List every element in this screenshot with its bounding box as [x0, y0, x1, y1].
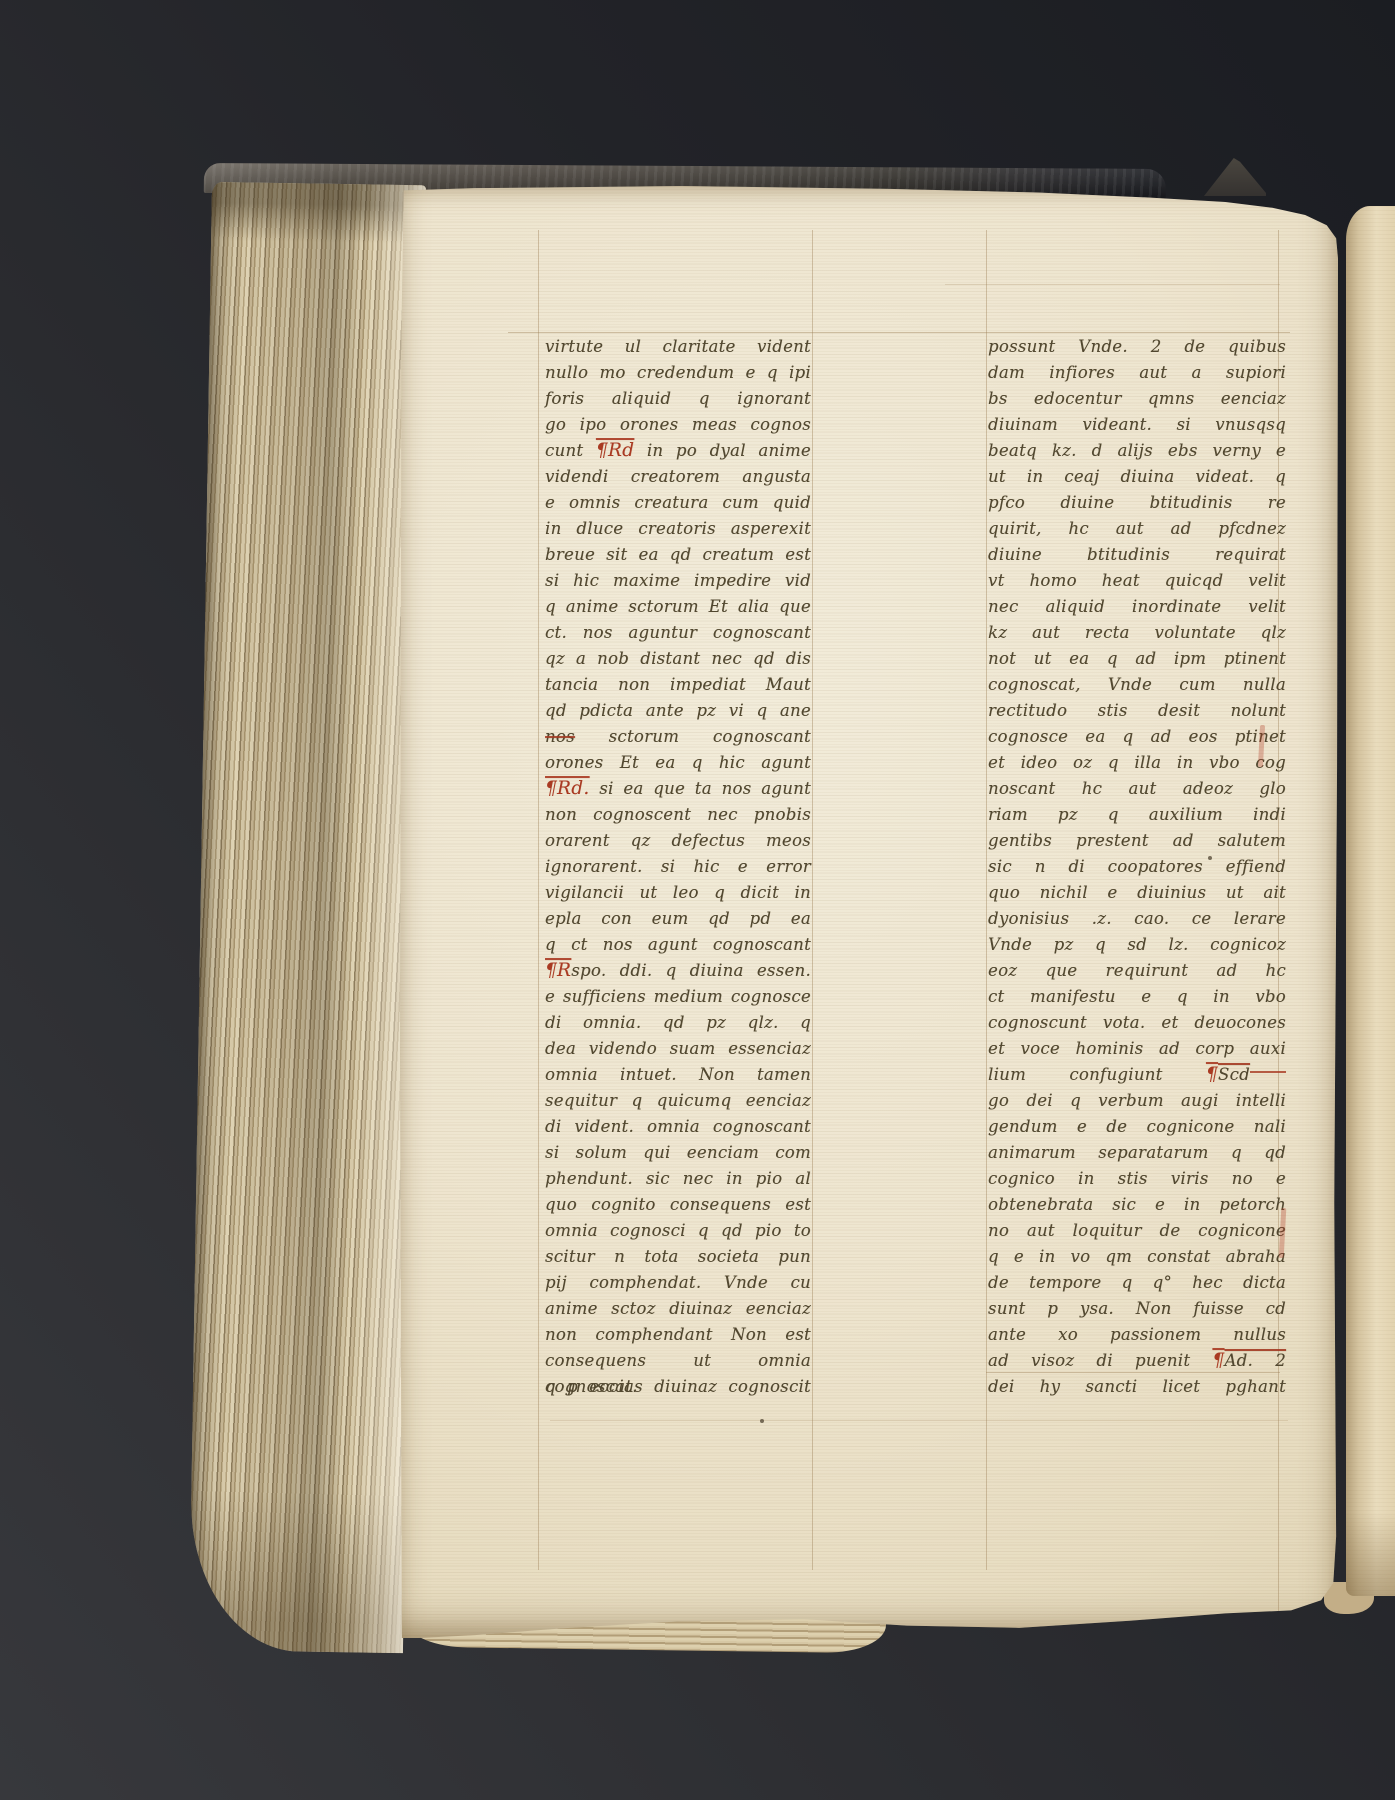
manuscript-line: possunt Vnde. 2 de quibus	[988, 334, 1286, 360]
ink-text: q e in vo qm constat abraha	[988, 1247, 1286, 1266]
ink-text: animarum separatarum q qd	[988, 1143, 1286, 1162]
manuscript-line: orones Et ea q hic agunt	[545, 750, 811, 776]
ink-text: nos	[545, 727, 575, 746]
manuscript-line: phendunt. sic nec in pio al	[545, 1166, 811, 1192]
ink-text: ct manifestu e q in vbo	[988, 987, 1286, 1006]
ink-text: quo nichil e diuinius ut ait	[988, 883, 1286, 902]
ink-text: pij comphendat. Vnde cu	[545, 1273, 811, 1292]
ink-text: possunt Vnde. 2 de quibus	[988, 337, 1286, 356]
ink-text: omnia intuet. Non tamen	[545, 1065, 811, 1084]
ink-text: dea videndo suam essenciaz	[545, 1039, 811, 1058]
rubric-mark: ¶Rd.	[545, 778, 590, 799]
fore-edge-page-stack	[189, 182, 426, 1653]
ruling-line-left-inner	[812, 230, 813, 1570]
manuscript-line: di vident. omnia cognoscant	[545, 1114, 811, 1140]
manuscript-line: et ideo oz q illa in vbo cog	[988, 750, 1286, 776]
rubric-mark: ¶	[1212, 1350, 1224, 1371]
ink-text: ct. nos aguntur cognoscant	[545, 623, 811, 642]
ink-text: omnia cognosci q qd pio to	[545, 1221, 811, 1240]
ink-text: kz aut recta voluntate qlz	[988, 623, 1286, 642]
ink-text: bs edocentur qmns eenciaz	[988, 389, 1286, 408]
ink-text: anime sctoz diuinaz eenciaz	[545, 1299, 811, 1318]
ink-text: nullo mo credendum e q ipi	[545, 363, 811, 382]
manuscript-line: e sufficiens medium cognosce	[545, 984, 811, 1010]
manuscript-line: nec aliquid inordinate velit	[988, 594, 1286, 620]
ink-text: cognico in stis viris no e	[988, 1169, 1286, 1188]
ink-text: in dluce creatoris asperexit	[545, 519, 811, 538]
manuscript-line: dea videndo suam essenciaz	[545, 1036, 811, 1062]
ink-text: sequitur q quicumq eenciaz	[545, 1091, 811, 1110]
manuscript-line: obtenebrata sic e in petorch	[988, 1192, 1286, 1218]
manuscript-line: dyonisius .z. cao. ce lerare	[988, 906, 1286, 932]
ink-text: ad visoz di puenit	[988, 1351, 1212, 1370]
manuscript-line: quo cognito consequens est	[545, 1192, 811, 1218]
ink-text: non comphendant Non est	[545, 1325, 811, 1344]
ink-text: non cognoscent nec pnobis	[545, 805, 811, 824]
facing-page-sliver	[1346, 206, 1395, 1596]
ink-text: vt homo heat quicqd velit	[988, 571, 1286, 590]
manuscript-line: qz a nob distant nec qd dis	[545, 646, 811, 672]
ink-text: dam infiores aut a supiori	[988, 363, 1286, 382]
manuscript-line: q p eccias diuinaz cognoscit	[545, 1374, 811, 1400]
ink-text: q ct nos agunt cognoscant	[545, 935, 811, 954]
ink-text: e sufficiens medium cognosce	[545, 987, 811, 1006]
manuscript-line: orarent qz defectus meos	[545, 828, 811, 854]
text-column-right: possunt Vnde. 2 de quibusdam infiores au…	[988, 334, 1286, 1400]
manuscript-line: ut in ceaj diuina videat. q	[988, 464, 1286, 490]
rubric-mark: ¶R	[545, 960, 571, 981]
ink-text: ante xo passionem nullus	[988, 1325, 1286, 1344]
manuscript-line: rectitudo stis desit nolunt	[988, 698, 1286, 724]
manuscript-line: ignorarent. si hic e error	[545, 854, 811, 880]
ink-text: eoz que requirunt ad hc	[988, 961, 1286, 980]
ruling-line-top	[508, 332, 1290, 333]
ink-text: di vident. omnia cognoscant	[545, 1117, 811, 1136]
manuscript-line: pfco diuine btitudinis re	[988, 490, 1286, 516]
manuscript-line: quo nichil e diuinius ut ait	[988, 880, 1286, 906]
manuscript-line: cognosce ea q ad eos ptinet	[988, 724, 1286, 750]
manuscript-line: cognico in stis viris no e	[988, 1166, 1286, 1192]
manuscript-line: go dei q verbum augi intelli	[988, 1088, 1286, 1114]
ink-text: ignorarent. si hic e error	[545, 857, 811, 876]
ink-text: in po dyal anime	[634, 441, 811, 460]
ruling-line-left-outer	[538, 230, 539, 1570]
manuscript-line: gendum e de cognicone nali	[988, 1114, 1286, 1140]
manuscript-line: non cognoscent nec pnobis	[545, 802, 811, 828]
ink-text: cognoscat, Vnde cum nulla	[988, 675, 1286, 694]
ink-text: orarent qz defectus meos	[545, 831, 811, 850]
manuscript-line: q ct nos agunt cognoscant	[545, 932, 811, 958]
ink-text: rectitudo stis desit nolunt	[988, 701, 1286, 720]
manuscript-line: riam pz q auxilium indi	[988, 802, 1286, 828]
rubric-mark: ¶	[1206, 1064, 1218, 1085]
ink-text: tancia non impediat Maut	[545, 675, 811, 694]
ink-text: not ut ea q ad ipm ptinent	[988, 649, 1286, 668]
text-column-left: virtute ul claritate videntnullo mo cred…	[545, 334, 811, 1400]
ink-text: sic n di coopatores effiend	[988, 857, 1286, 876]
manuscript-line: animarum separatarum q qd	[988, 1140, 1286, 1166]
ink-text: no aut loquitur de cognicone	[988, 1221, 1286, 1240]
manuscript-line: virtute ul claritate vident	[545, 334, 811, 360]
ink-text: vigilancii ut leo q dicit in	[545, 883, 811, 902]
ink-text: virtute ul claritate vident	[545, 337, 811, 356]
ink-text: nec aliquid inordinate velit	[988, 597, 1286, 616]
ink-text: go dei q verbum augi intelli	[988, 1091, 1286, 1110]
manuscript-line: ¶Rspo. ddi. q diuina essen.	[545, 958, 811, 984]
manuscript-line: go ipo orones meas cognos	[545, 412, 811, 438]
manuscript-line: qd pdicta ante pz vi q ane	[545, 698, 811, 724]
manuscript-line: no aut loquitur de cognicone	[988, 1218, 1286, 1244]
ink-text: Ad. 2	[1224, 1351, 1286, 1370]
ink-text: si hic maxime impedire vid	[545, 571, 811, 590]
ink-text: riam pz q auxilium indi	[988, 805, 1286, 824]
ink-text: foris aliquid q ignorant	[545, 389, 811, 408]
ink-text: epla con eum qd pd ea	[545, 909, 811, 928]
manuscript-line: diuine btitudinis requirat	[988, 542, 1286, 568]
manuscript-line: cunt ¶Rd in po dyal anime	[545, 438, 811, 464]
manuscript-line: sunt p ysa. Non fuisse cd	[988, 1296, 1286, 1322]
ink-text: gentibs prestent ad salutem	[988, 831, 1286, 850]
manuscript-line: noscant hc aut adeoz glo	[988, 776, 1286, 802]
manuscript-line: in dluce creatoris asperexit	[545, 516, 811, 542]
manuscript-line: videndi creatorem angusta	[545, 464, 811, 490]
ink-text: lium confugiunt	[988, 1065, 1206, 1084]
manuscript-line: lium confugiunt ¶Scd	[988, 1062, 1286, 1088]
ruling-line-right-inner	[986, 230, 987, 1570]
rubric-rule	[1250, 1071, 1286, 1073]
ink-text: orones Et ea q hic agunt	[545, 753, 811, 772]
manuscript-line: omnia intuet. Non tamen	[545, 1062, 811, 1088]
manuscript-line: epla con eum qd pd ea	[545, 906, 811, 932]
manuscript-line: scitur n tota societa pun	[545, 1244, 811, 1270]
manuscript-line: di omnia. qd pz qlz. q	[545, 1010, 811, 1036]
ink-text: dyonisius .z. cao. ce lerare	[988, 909, 1286, 928]
manuscript-line: nullo mo credendum e q ipi	[545, 360, 811, 386]
manuscript-line: Vnde pz q sd lz. cognicoz	[988, 932, 1286, 958]
manuscript-line: ad visoz di puenit ¶Ad. 2	[988, 1348, 1286, 1374]
manuscript-line: ante xo passionem nullus	[988, 1322, 1286, 1348]
manuscript-line: ct manifestu e q in vbo	[988, 984, 1286, 1010]
ink-text: sunt p ysa. Non fuisse cd	[988, 1299, 1286, 1318]
manuscript-line: e omnis creatura cum quid	[545, 490, 811, 516]
manuscript-line: ¶Rd. si ea que ta nos agunt	[545, 776, 811, 802]
ink-text: ut in ceaj diuina videat. q	[988, 467, 1286, 486]
manuscript-line: dam infiores aut a supiori	[988, 360, 1286, 386]
manuscript-line: de tempore q q° hec dicta	[988, 1270, 1286, 1296]
manuscript-line: tancia non impediat Maut	[545, 672, 811, 698]
manuscript-line: et voce hominis ad corp auxi	[988, 1036, 1286, 1062]
ink-text: Vnde pz q sd lz. cognicoz	[988, 935, 1286, 954]
manuscript-line: q e in vo qm constat abraha	[988, 1244, 1286, 1270]
manuscript-photo: virtute ul claritate videntnullo mo cred…	[0, 0, 1395, 1800]
ink-text: e omnis creatura cum quid	[545, 493, 811, 512]
ink-text: qd pdicta ante pz vi q ane	[545, 701, 811, 720]
ink-text: beatq kz. d alijs ebs verny e	[988, 441, 1286, 460]
ink-text: sctorum cognoscant	[575, 727, 811, 746]
manuscript-line: quirit, hc aut ad pfcdnez	[988, 516, 1286, 542]
manuscript-line: diuinam videant. si vnusqsq	[988, 412, 1286, 438]
ink-text: diuine btitudinis requirat	[988, 545, 1286, 564]
manuscript-line: anime sctoz diuinaz eenciaz	[545, 1296, 811, 1322]
ink-text: et voce hominis ad corp auxi	[988, 1039, 1286, 1058]
ink-text: cunt	[545, 441, 596, 460]
ink-text: obtenebrata sic e in petorch	[988, 1195, 1286, 1214]
manuscript-line: breue sit ea qd creatum est	[545, 542, 811, 568]
manuscript-line: si hic maxime impedire vid	[545, 568, 811, 594]
manuscript-line: vt homo heat quicqd velit	[988, 568, 1286, 594]
manuscript-line: vigilancii ut leo q dicit in	[545, 880, 811, 906]
ink-text: spo. ddi. q diuina essen.	[571, 961, 811, 980]
ink-text: phendunt. sic nec in pio al	[545, 1169, 811, 1188]
manuscript-line: q anime sctorum Et alia que	[545, 594, 811, 620]
ink-speck	[1208, 856, 1212, 860]
ink-text: si ea que ta nos agunt	[590, 779, 811, 798]
manuscript-line: bs edocentur qmns eenciaz	[988, 386, 1286, 412]
ink-text: cognosce ea q ad eos ptinet	[988, 727, 1286, 746]
manuscript-line: si solum qui eenciam com	[545, 1140, 811, 1166]
manuscript-line: cognoscunt vota. et deuocones	[988, 1010, 1286, 1036]
manuscript-line: kz aut recta voluntate qlz	[988, 620, 1286, 646]
manuscript-line: eoz que requirunt ad hc	[988, 958, 1286, 984]
ink-text: quo cognito consequens est	[545, 1195, 811, 1214]
ink-text: si solum qui eenciam com	[545, 1143, 811, 1162]
manuscript-line: omnia cognosci q qd pio to	[545, 1218, 811, 1244]
manuscript-line: sequitur q quicumq eenciaz	[545, 1088, 811, 1114]
ink-text: quirit, hc aut ad pfcdnez	[988, 519, 1286, 538]
ink-text: videndi creatorem angusta	[545, 467, 811, 486]
ink-text: Scd	[1218, 1065, 1250, 1084]
ink-text: q p eccias diuinaz cognoscit	[545, 1377, 811, 1396]
ink-text: qz a nob distant nec qd dis	[545, 649, 811, 668]
manuscript-line: not ut ea q ad ipm ptinent	[988, 646, 1286, 672]
manuscript-line: gentibs prestent ad salutem	[988, 828, 1286, 854]
manuscript-line: consequens ut omnia cognoscat.	[545, 1348, 811, 1374]
manuscript-line: cognoscat, Vnde cum nulla	[988, 672, 1286, 698]
manuscript-line: foris aliquid q ignorant	[545, 386, 811, 412]
ink-text: pfco diuine btitudinis re	[988, 493, 1286, 512]
manuscript-line: dei hy sancti licet pghant	[988, 1374, 1286, 1400]
ink-text: noscant hc aut adeoz glo	[988, 779, 1286, 798]
ink-text: diuinam videant. si vnusqsq	[988, 415, 1286, 434]
ink-text: breue sit ea qd creatum est	[545, 545, 811, 564]
ink-text: go ipo orones meas cognos	[545, 415, 811, 434]
manuscript-line: ct. nos aguntur cognoscant	[545, 620, 811, 646]
ink-text: scitur n tota societa pun	[545, 1247, 811, 1266]
manuscript-page: virtute ul claritate videntnullo mo cred…	[400, 186, 1338, 1638]
bookmark-tab	[1204, 158, 1266, 196]
manuscript-line: non comphendant Non est	[545, 1322, 811, 1348]
ruling-line-bottom-lower	[550, 1420, 1288, 1421]
manuscript-line: pij comphendat. Vnde cu	[545, 1270, 811, 1296]
ink-text: et ideo oz q illa in vbo cog	[988, 753, 1286, 772]
ink-text: di omnia. qd pz qlz. q	[545, 1013, 811, 1032]
ruling-line-top-upper	[945, 284, 1280, 285]
ink-text: de tempore q q° hec dicta	[988, 1273, 1286, 1292]
ink-text: cognoscunt vota. et deuocones	[988, 1013, 1286, 1032]
ink-speck	[760, 1419, 764, 1423]
manuscript-line: sic n di coopatores effiend	[988, 854, 1286, 880]
manuscript-line: beatq kz. d alijs ebs verny e	[988, 438, 1286, 464]
ink-text: gendum e de cognicone nali	[988, 1117, 1286, 1136]
manuscript-line: nos sctorum cognoscant	[545, 724, 811, 750]
ink-text: q anime sctorum Et alia que	[545, 597, 811, 616]
ink-text: dei hy sancti licet pghant	[988, 1377, 1286, 1396]
rubric-mark: ¶Rd	[596, 440, 634, 461]
